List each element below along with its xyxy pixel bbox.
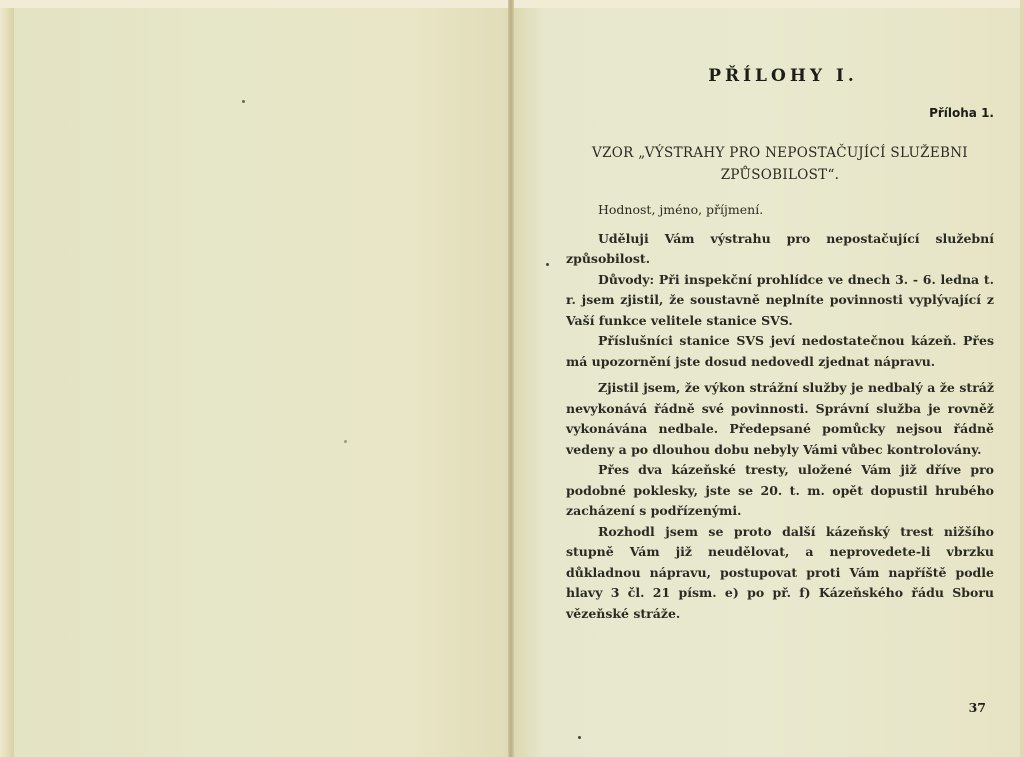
- book-edge-right: [1020, 0, 1024, 757]
- page-content: PŘÍLOHY I. Příloha 1. VZOR „VÝSTRAHY PRO…: [566, 66, 994, 624]
- page-top-edge-left: [0, 0, 510, 8]
- page-number: 37: [969, 700, 986, 715]
- paragraph-header-fields: Hodnost, jméno, příjmení.: [566, 200, 994, 221]
- appendix-label: Příloha 1.: [566, 106, 994, 120]
- paragraph-prior-punishments: Přes dva kázeňské tresty, uložené Vám ji…: [566, 460, 994, 522]
- section-title: PŘÍLOHY I.: [572, 66, 994, 86]
- paragraph-warning: Uděluji Vám výstrahu pro nepostačující s…: [566, 229, 994, 270]
- paragraph-guard-duty: Zjistil jsem, že výkon strážní služby je…: [566, 378, 994, 460]
- book-edge-left: [0, 0, 14, 757]
- document-heading: VZOR „VÝSTRAHY PRO NEPOSTAČUJÍCÍ SLUŽEBN…: [566, 142, 994, 186]
- paper-speck: [546, 263, 549, 266]
- paper-speck: [242, 100, 245, 103]
- paragraph-discipline: Příslušníci stanice SVS jeví nedostatečn…: [566, 331, 994, 372]
- paragraph-reasons: Důvody: Při inspekční prohlídce ve dnech…: [566, 270, 994, 332]
- right-page: PŘÍLOHY I. Příloha 1. VZOR „VÝSTRAHY PRO…: [514, 8, 1020, 757]
- paper-speck: [344, 440, 347, 443]
- page-top-edge-right: [514, 0, 1024, 8]
- paragraph-decision: Rozhodl jsem se proto další kázeňský tre…: [566, 522, 994, 625]
- left-page-blank: [14, 8, 510, 757]
- book-spread: PŘÍLOHY I. Příloha 1. VZOR „VÝSTRAHY PRO…: [0, 0, 1024, 757]
- paper-speck: [578, 736, 581, 739]
